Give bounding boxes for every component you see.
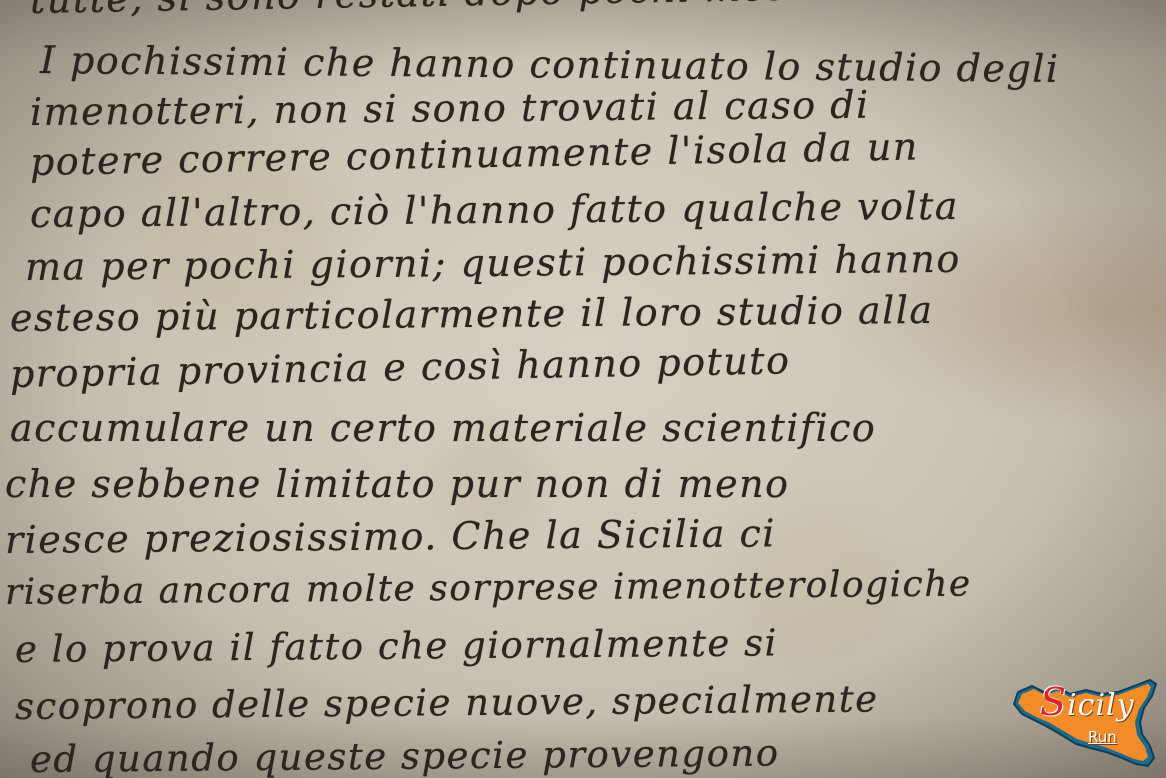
- logo-title: Sicily: [1040, 680, 1135, 724]
- manuscript-line-6: ma per pochi giorni; questi pochissimi h…: [25, 237, 961, 289]
- manuscript-photo: tutte, si sono restati dopo pochi mesi d…: [0, 0, 1166, 778]
- logo-subtitle: Run: [1088, 728, 1117, 746]
- manuscript-line-10: che sebbene limitato pur non di meno: [5, 462, 790, 506]
- manuscript-line-8: propria provincia e così hanno potuto: [10, 338, 791, 396]
- manuscript-line-1: tutte, si sono restati dopo pochi mesi d…: [30, 0, 1009, 22]
- manuscript-line-4: potere correre continuamente l'isola da …: [30, 124, 920, 184]
- manuscript-line-9: accumulare un certo materiale scientific…: [10, 406, 876, 450]
- manuscript-line-5: capo all'altro, ciò l'hanno fatto qualch…: [30, 184, 959, 236]
- sicily-run-logo: Sicily Run: [1010, 672, 1160, 774]
- struck-word: restati: [315, 0, 452, 17]
- manuscript-line-3: imenotteri, non si sono trovati al caso …: [30, 83, 870, 134]
- manuscript-line-11: riesce preziosissimo. Che la Sicilia ci: [5, 511, 776, 562]
- manuscript-line-2: I pochissimi che hanno continuato lo stu…: [40, 38, 1060, 91]
- manuscript-line-13: e lo prova il fatto che giornalmente si: [15, 621, 778, 671]
- manuscript-line-7: esteso più particolarmente il loro studi…: [10, 288, 934, 340]
- manuscript-line-15: ed quando queste specie provengono: [30, 731, 780, 778]
- manuscript-line-12: riserba ancora molte sorprese imenottero…: [5, 564, 972, 613]
- manuscript-line-14: scoprono delle specie nuove, specialment…: [15, 677, 879, 728]
